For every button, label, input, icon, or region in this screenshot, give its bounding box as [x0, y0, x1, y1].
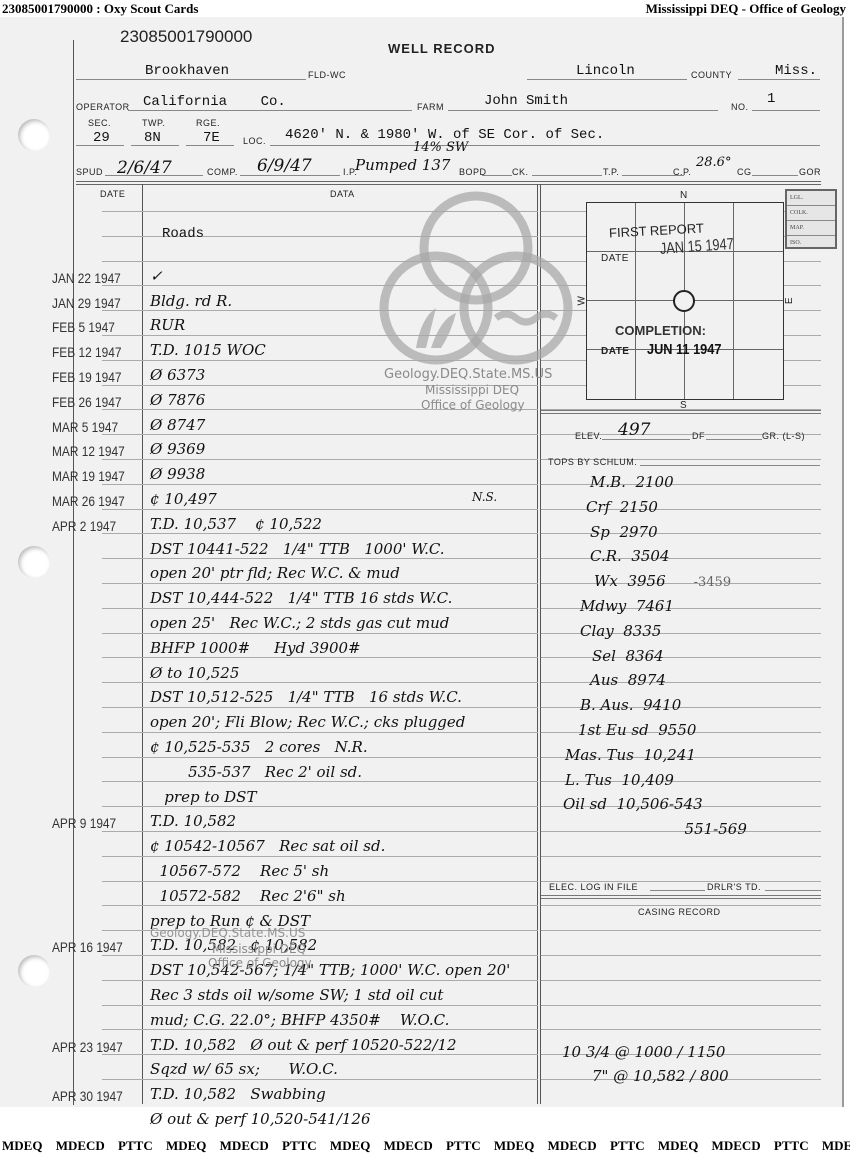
formation-name: Mas. Tus: [565, 746, 634, 764]
stamp-map: MAP.: [787, 221, 835, 236]
ruled-line: [102, 732, 538, 733]
ruled-line: [541, 657, 821, 658]
stamp-iso: ISO.: [787, 236, 835, 250]
entry-date: JAN 22 1947: [52, 270, 121, 286]
ruled-line: [102, 682, 538, 683]
entry-text: mud; C.G. 22.0°; BHFP 4350# W.O.C.: [150, 1011, 449, 1029]
casing-entry: 7" @ 10,582 / 800: [592, 1067, 729, 1085]
ruled-line: [102, 905, 538, 906]
twp-value: 8N: [144, 130, 161, 146]
drlr-td-label: DRLR'S TD.: [707, 882, 761, 892]
formation-name: Mdwy: [580, 597, 626, 615]
formation-top: C.R. 3504: [590, 547, 670, 565]
entry-text: Ø to 10,525: [150, 664, 239, 682]
entry-text: T.D. 10,582 Swabbing: [150, 1085, 326, 1103]
tops-label: TOPS BY SCHLUM.: [548, 457, 637, 467]
formation-top: Sel 8364: [592, 647, 664, 665]
ruled-line: [102, 831, 538, 832]
entry-text: Rec 3 stds oil w/some SW; 1 std oil cut: [150, 986, 443, 1004]
ruled-line: [102, 1005, 538, 1006]
formation-top: Aus 8974: [590, 671, 666, 689]
entry-text: DST 10,542-567; 1/4" TTB; 1000' W.C. ope…: [150, 961, 510, 979]
entry-text: ✓: [150, 267, 163, 285]
cp-value: 28.6°: [696, 155, 731, 170]
spud-value: 2/6/47: [117, 158, 172, 178]
ruled-line: [102, 608, 538, 609]
operator-label: OPERATOR: [76, 102, 130, 112]
entry-text: 10567-572 Rec 5' sh: [150, 862, 329, 880]
formation-depth: 2100: [635, 473, 673, 491]
formation-depth: 9550: [658, 721, 696, 739]
formation-depth: 10,409: [621, 771, 674, 789]
ruled-line: [102, 509, 538, 510]
gor-label: GOR: [799, 167, 821, 177]
formation-depth: 10,241: [643, 746, 696, 764]
punch-hole: [18, 546, 50, 578]
entry-text: 535-537 Rec 2' oil sd.: [150, 763, 362, 781]
entry-date: MAR 19 1947: [52, 468, 125, 484]
ip-value: Pumped 137: [355, 156, 450, 174]
farm-value: John Smith: [484, 93, 568, 109]
ruled-line: [102, 1029, 538, 1030]
first-report-date: JAN 15 1947: [659, 236, 734, 259]
cp-label: C.P.: [673, 167, 691, 177]
ruled-line: [102, 806, 538, 807]
spud-label: SPUD: [76, 167, 103, 177]
ruled-line: [541, 1029, 821, 1030]
comp-value: 6/9/47: [257, 156, 312, 176]
formation-subsea-note: -3459: [694, 575, 731, 590]
ruled-line: [102, 1054, 538, 1055]
rge-value: 7E: [203, 130, 220, 146]
entry-date: MAR 12 1947: [52, 443, 125, 459]
entry-text: open 25' Rec W.C.; 2 stds gas cut mud: [150, 614, 449, 632]
entry-text: Sqzd w/ 65 sx; W.O.C.: [150, 1060, 338, 1078]
formation-top: Mas. Tus 10,241: [565, 746, 696, 764]
watermark2-line1: Geology.DEQ.State.MS.US: [150, 926, 305, 940]
casing-record-label: CASING RECORD: [638, 907, 721, 917]
ruled-line: [102, 657, 538, 658]
ruled-line: [102, 757, 538, 758]
completion-date: JUN 11 1947: [647, 341, 721, 358]
ruled-line: [102, 484, 538, 485]
entry-date: FEB 19 1947: [52, 369, 121, 385]
df-label: DF: [692, 431, 705, 441]
tp-label: T.P.: [603, 167, 619, 177]
formation-name: Oil sd: [563, 795, 607, 813]
watermark-line1: Geology.DEQ.State.MS.US: [384, 367, 552, 382]
ruled-line: [102, 211, 538, 212]
first-report-date-label: DATE: [601, 253, 629, 264]
entry-text: ¢ 10542-10567 Rec sat oil sd.: [150, 837, 385, 855]
formation-name: 1st Eu sd: [578, 721, 649, 739]
state-value: Miss.: [775, 63, 817, 79]
formation-name: M.B.: [590, 473, 626, 491]
ruled-line: [102, 781, 538, 782]
ck-label: CK.: [512, 167, 529, 177]
formation-name: C.R.: [590, 547, 622, 565]
ruled-line: [541, 930, 821, 931]
formation-top: L. Tus 10,409: [565, 771, 674, 789]
entry-text: Ø 7876: [150, 391, 205, 409]
stamp-colk: COLK.: [787, 206, 835, 221]
formation-depth: 7461: [636, 597, 674, 615]
ruled-line: [541, 905, 821, 906]
formation-name: B. Aus.: [580, 696, 634, 714]
entry-text: DST 10,444-522 1/4" TTB 16 stds W.C.: [150, 589, 452, 607]
county-label: COUNTY: [691, 70, 732, 80]
cg-label: CG: [737, 167, 752, 177]
entry-text: 10572-582 Rec 2'6" sh: [150, 887, 346, 905]
entry-text: RUR: [150, 316, 185, 334]
county-value: Lincoln: [576, 63, 635, 79]
entry-date: APR 30 1947: [52, 1088, 123, 1104]
watermark-line2: Mississippi DEQ: [425, 383, 519, 397]
ruled-line: [102, 583, 538, 584]
entry-text: prep to DST: [150, 788, 256, 806]
formation-name: Sp: [590, 523, 610, 541]
formation-depth: 8974: [628, 671, 666, 689]
completion-label: COMPLETION:: [615, 323, 706, 338]
formation-depth: 10,506-543: [617, 795, 703, 813]
casing-entry: 10 3/4 @ 1000 / 1150: [562, 1043, 725, 1061]
elev-label: ELEV.: [575, 431, 602, 441]
section-location-map: FIRST REPORT DATE JAN 15 1947 COMPLETION…: [586, 202, 784, 400]
ruled-line: [102, 558, 538, 559]
formation-depth: 2970: [619, 523, 657, 541]
ruled-line: [541, 980, 821, 981]
entry-text: Roads: [162, 226, 204, 242]
elec-log-label: ELEC. LOG IN FILE: [549, 882, 638, 892]
entry-text: T.D. 10,537 ¢ 10,522: [150, 515, 322, 533]
ip-note: 14% SW: [413, 140, 468, 155]
footer-banner: MDEQ MDECD PTTC MDEQ MDECD PTTC MDEQ MDE…: [2, 1138, 850, 1154]
ruled-line: [541, 509, 821, 510]
watermark-line3: Office of Geology: [421, 398, 525, 412]
entry-date: MAR 26 1947: [52, 493, 125, 509]
elev-value: 497: [618, 420, 650, 440]
watermark2-line2: Mississippi DEQ: [212, 942, 306, 956]
ruled-line: [541, 533, 821, 534]
page-header-right: Mississippi DEQ - Office of Geology: [646, 1, 846, 17]
formation-name: Wx: [594, 572, 618, 590]
formation-top: Wx 3956-3459: [594, 572, 731, 590]
ruled-line: [102, 955, 538, 956]
card-title: WELL RECORD: [388, 41, 496, 56]
gr-label: GR. (L-S): [762, 431, 805, 441]
formation-depth: 8364: [626, 647, 664, 665]
punch-hole: [18, 119, 50, 151]
ruled-line: [102, 459, 538, 460]
completion-date-label: DATE: [601, 346, 629, 357]
rge-label: RGE.: [196, 118, 220, 128]
formation-top: Crf 2150: [586, 498, 658, 516]
map-east: E: [784, 297, 795, 304]
ruled-line: [102, 434, 538, 435]
ruled-line: [102, 1079, 538, 1080]
operator-value: California Co.: [143, 94, 286, 110]
formation-top: Clay 8335: [580, 622, 661, 640]
entry-date: JAN 29 1947: [52, 295, 121, 311]
formation-name: Crf: [586, 498, 610, 516]
ruled-line: [541, 856, 821, 857]
formation-top: B. Aus. 9410: [580, 696, 681, 714]
ruled-line: [102, 881, 538, 882]
formation-depth: 551-569: [685, 820, 747, 838]
stamp-lgl: LGL.: [787, 191, 835, 206]
entry-date: APR 16 1947: [52, 939, 123, 955]
col-data-header: DATA: [330, 189, 355, 199]
formation-depth: 3504: [631, 547, 669, 565]
field-label: FLD-WC: [308, 70, 346, 80]
first-report-label: FIRST REPORT: [609, 221, 705, 241]
ruled-line: [102, 856, 538, 857]
formation-name: L. Tus: [565, 771, 612, 789]
ruled-line: [102, 980, 538, 981]
ruled-line: [541, 1005, 821, 1006]
entry-text: T.D. 10,582: [150, 812, 236, 830]
formation-name: Aus: [590, 671, 618, 689]
entry-date: APR 2 1947: [52, 518, 116, 534]
formation-depth: 8335: [623, 622, 661, 640]
entry-text: open 20'; Fli Blow; Rec W.C.; cks plugge…: [150, 713, 465, 731]
ruled-line: [102, 310, 538, 311]
ruled-line: [102, 360, 538, 361]
well-no-value: 1: [767, 91, 775, 107]
ruled-line: [541, 682, 821, 683]
twp-label: TWP.: [142, 118, 165, 128]
entry-text: Ø 8747: [150, 416, 205, 434]
entry-date: APR 9 1947: [52, 815, 116, 831]
ruled-line: [541, 484, 821, 485]
entry-text: DST 10441-522 1/4" TTB 1000' W.C.: [150, 540, 445, 558]
comp-label: COMP.: [207, 167, 238, 177]
entry-text: BHFP 1000# Hyd 3900#: [150, 639, 361, 657]
entry-text: ¢ 10,497: [150, 490, 217, 508]
watermark2-line3: Office of Geology: [208, 956, 312, 970]
entry-text: ¢ 10,525-535 2 cores N.R.: [150, 738, 368, 756]
formation-top: 551-569: [675, 820, 747, 838]
formation-top: M.B. 2100: [590, 473, 674, 491]
entry-note: N.S.: [472, 490, 497, 504]
ruled-line: [541, 955, 821, 956]
approval-stamp-box: LGL. COLK. MAP. ISO.: [785, 189, 837, 249]
map-north: N: [680, 190, 688, 201]
entry-text: open 20' ptr fld; Rec W.C. & mud: [150, 564, 400, 582]
formation-top: Oil sd 10,506-543: [563, 795, 703, 813]
farm-label: FARM: [417, 102, 444, 112]
entry-text: Ø 6373: [150, 366, 205, 384]
ruled-line: [102, 707, 538, 708]
entry-text: Ø 9938: [150, 465, 205, 483]
entry-date: FEB 26 1947: [52, 394, 121, 410]
sec-value: 29: [93, 130, 110, 146]
entry-text: Ø 9369: [150, 440, 205, 458]
ruled-line: [102, 261, 538, 262]
ruled-line: [102, 335, 538, 336]
entry-date: APR 23 1947: [52, 1039, 123, 1055]
ruled-line: [102, 285, 538, 286]
formation-name: Sel: [592, 647, 616, 665]
page-header-left: 23085001790000 : Oxy Scout Cards: [2, 1, 198, 17]
no-label: NO.: [731, 102, 749, 112]
entry-text: Bldg. rd R.: [150, 292, 232, 310]
sec-label: SEC.: [88, 118, 111, 128]
formation-top: 1st Eu sd 9550: [578, 721, 696, 739]
well-location-marker: [673, 290, 695, 312]
entry-date: FEB 12 1947: [52, 344, 121, 360]
formation-name: Clay: [580, 622, 614, 640]
entry-date: MAR 5 1947: [52, 419, 118, 435]
entry-text: T.D. 1015 WOC: [150, 341, 266, 359]
entry-date: FEB 5 1947: [52, 319, 115, 335]
formation-depth: 9410: [643, 696, 681, 714]
field-value: Brookhaven: [145, 63, 229, 79]
api-number: 23085001790000: [120, 27, 252, 47]
formation-top: Mdwy 7461: [580, 597, 674, 615]
ruled-line: [102, 533, 538, 534]
formation-depth: 2150: [620, 498, 658, 516]
col-date-header: DATE: [100, 189, 125, 199]
entry-text: DST 10,512-525 1/4" TTB 16 stds W.C.: [150, 688, 462, 706]
ruled-line: [102, 633, 538, 634]
date-column-divider: [142, 184, 143, 1104]
ruled-line: [541, 558, 821, 559]
punch-hole: [18, 955, 50, 987]
formation-top: Sp 2970: [590, 523, 658, 541]
formation-depth: 3956: [627, 572, 665, 590]
loc-label: LOC.: [243, 136, 266, 146]
entry-text: Ø out & perf 10,520-541/126: [150, 1110, 371, 1128]
entry-text: T.D. 10,582 Ø out & perf 10520-522/12: [150, 1036, 457, 1054]
